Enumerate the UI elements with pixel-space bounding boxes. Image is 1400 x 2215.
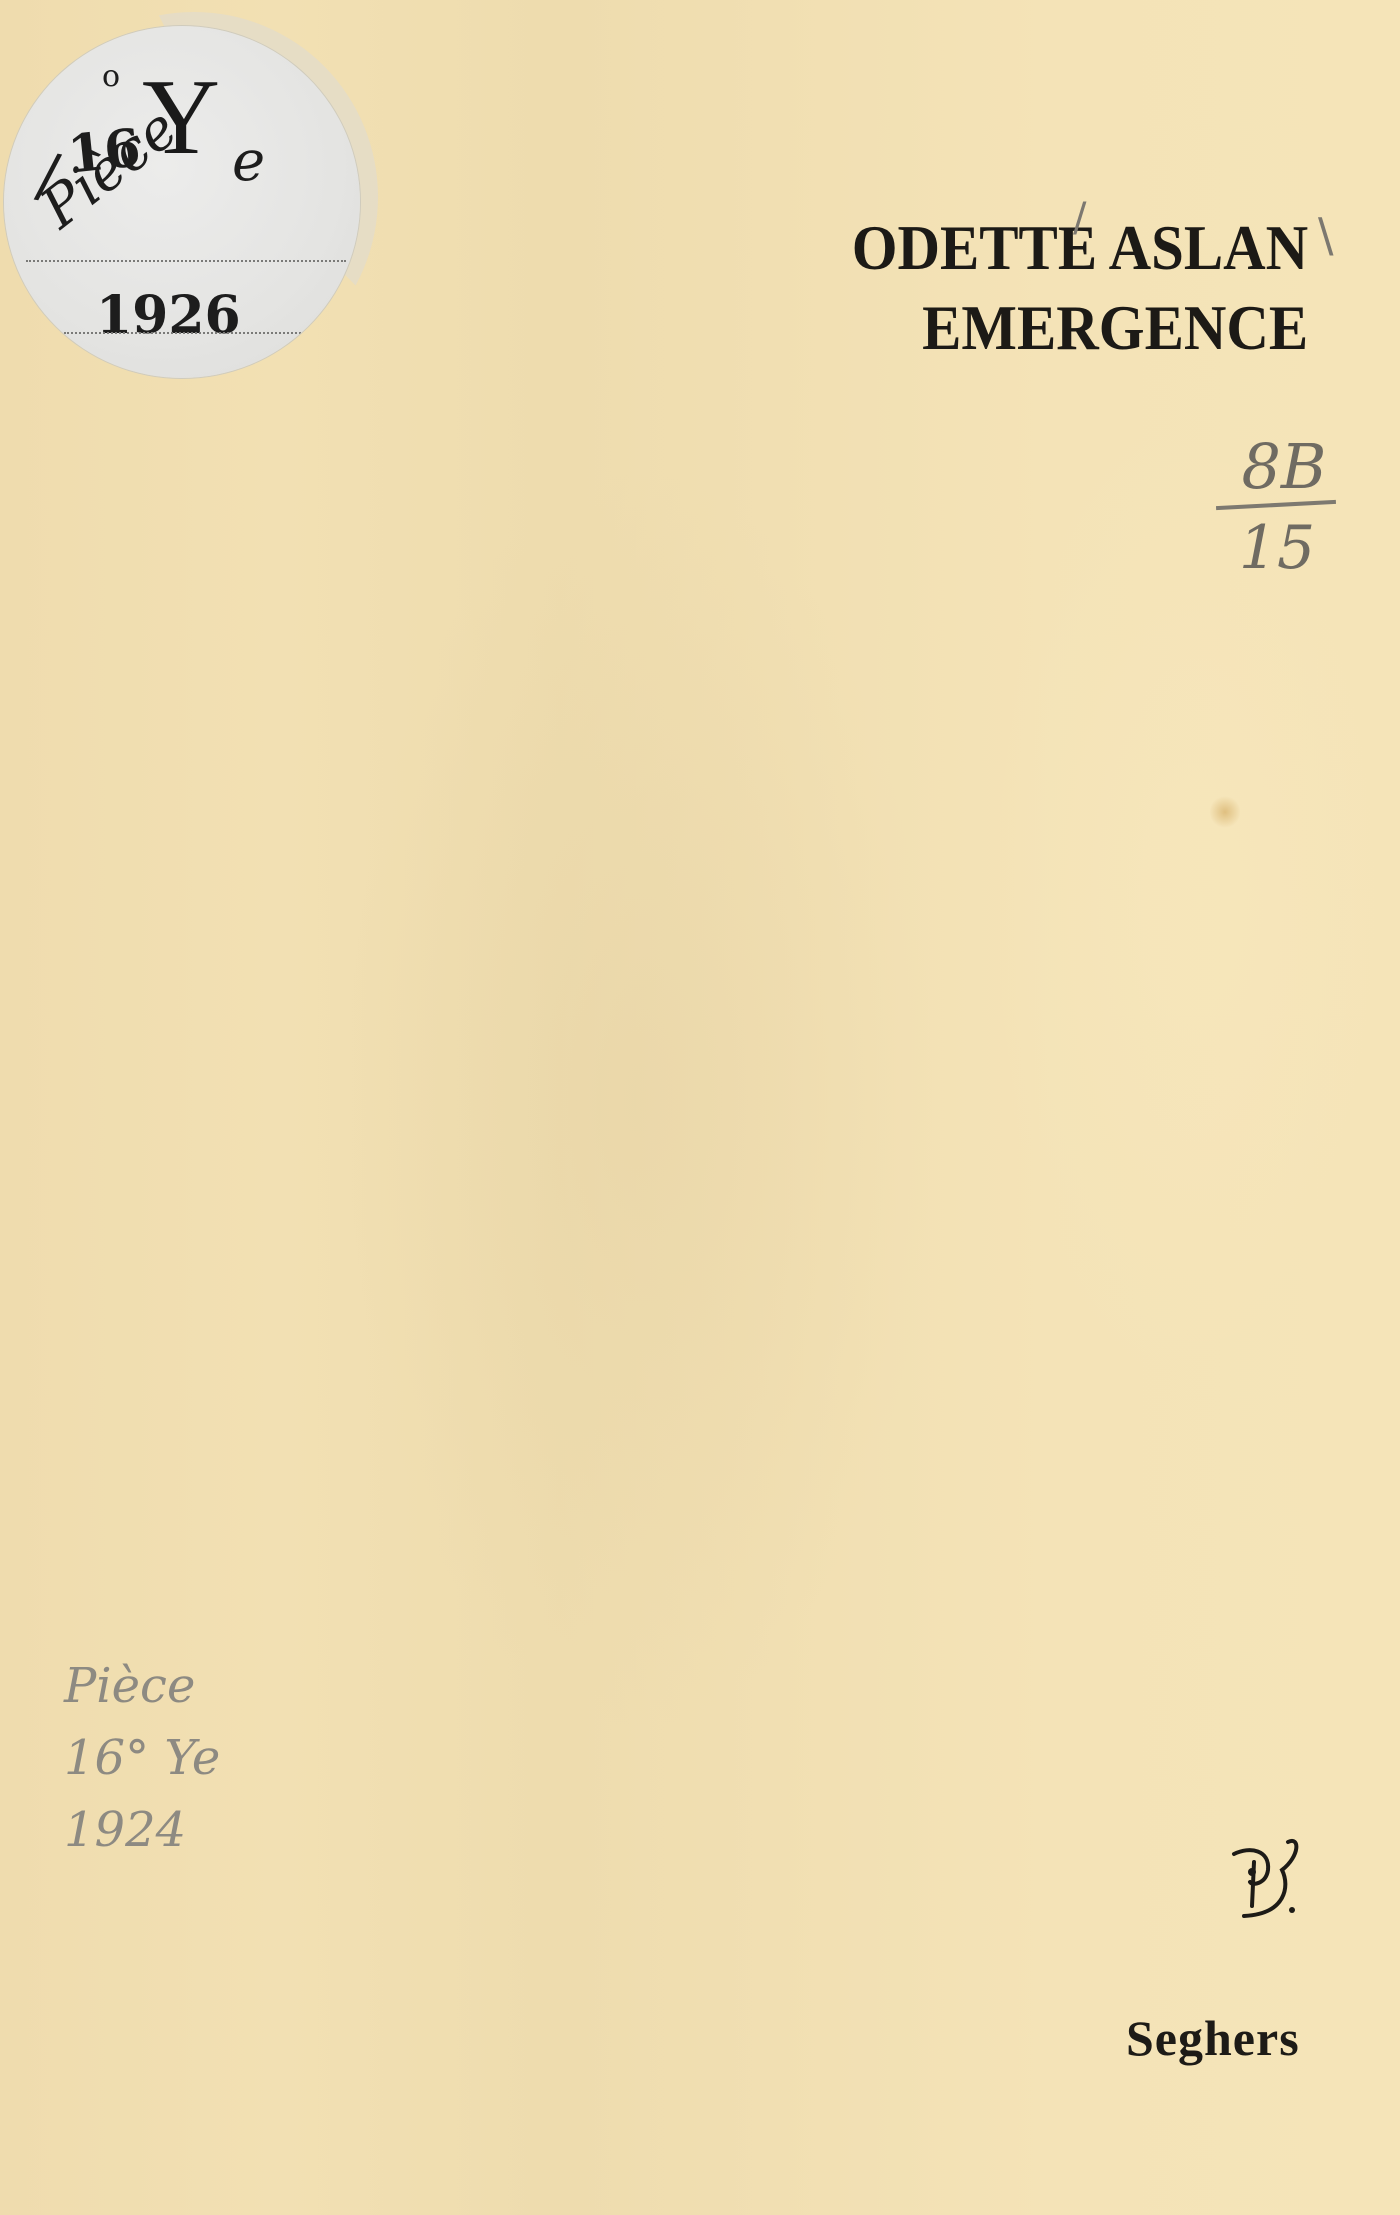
pencil-note-line: Pièce — [64, 1650, 220, 1722]
sticker-year: 1926 — [96, 290, 241, 342]
call-number-top: 8B — [1212, 430, 1342, 503]
pencil-note-line: 1924 — [64, 1794, 220, 1866]
pencil-bracket-close: \ — [1318, 212, 1334, 258]
book-cover: / 16 o Y e Pièce 1926 ODETTE ASLAN EMERG… — [0, 0, 1400, 2215]
call-number-bottom: 15 — [1212, 513, 1342, 583]
book-title: EMERGENCE — [852, 288, 1308, 368]
sticker-suffix: e — [232, 134, 265, 190]
pencil-shelf-note: Pièce 16° Ye 1924 — [64, 1650, 220, 1866]
sticker-dotted-line — [26, 260, 346, 262]
paper-stain — [1210, 795, 1240, 829]
pencil-note-line: 16° Ye — [64, 1722, 220, 1794]
sticker-degree: o — [102, 62, 120, 92]
library-sticker: / 16 o Y e Pièce 1926 — [4, 26, 360, 378]
publisher-name: Seghers — [1126, 2008, 1300, 2068]
cover-title-block: ODETTE ASLAN EMERGENCE — [812, 208, 1308, 368]
sticker-dotted-line — [64, 332, 304, 334]
publisher-monogram-icon — [1230, 1836, 1310, 1926]
pencil-bracket-open: / — [1073, 198, 1086, 238]
pencil-call-number: 8B 15 — [1212, 430, 1342, 583]
